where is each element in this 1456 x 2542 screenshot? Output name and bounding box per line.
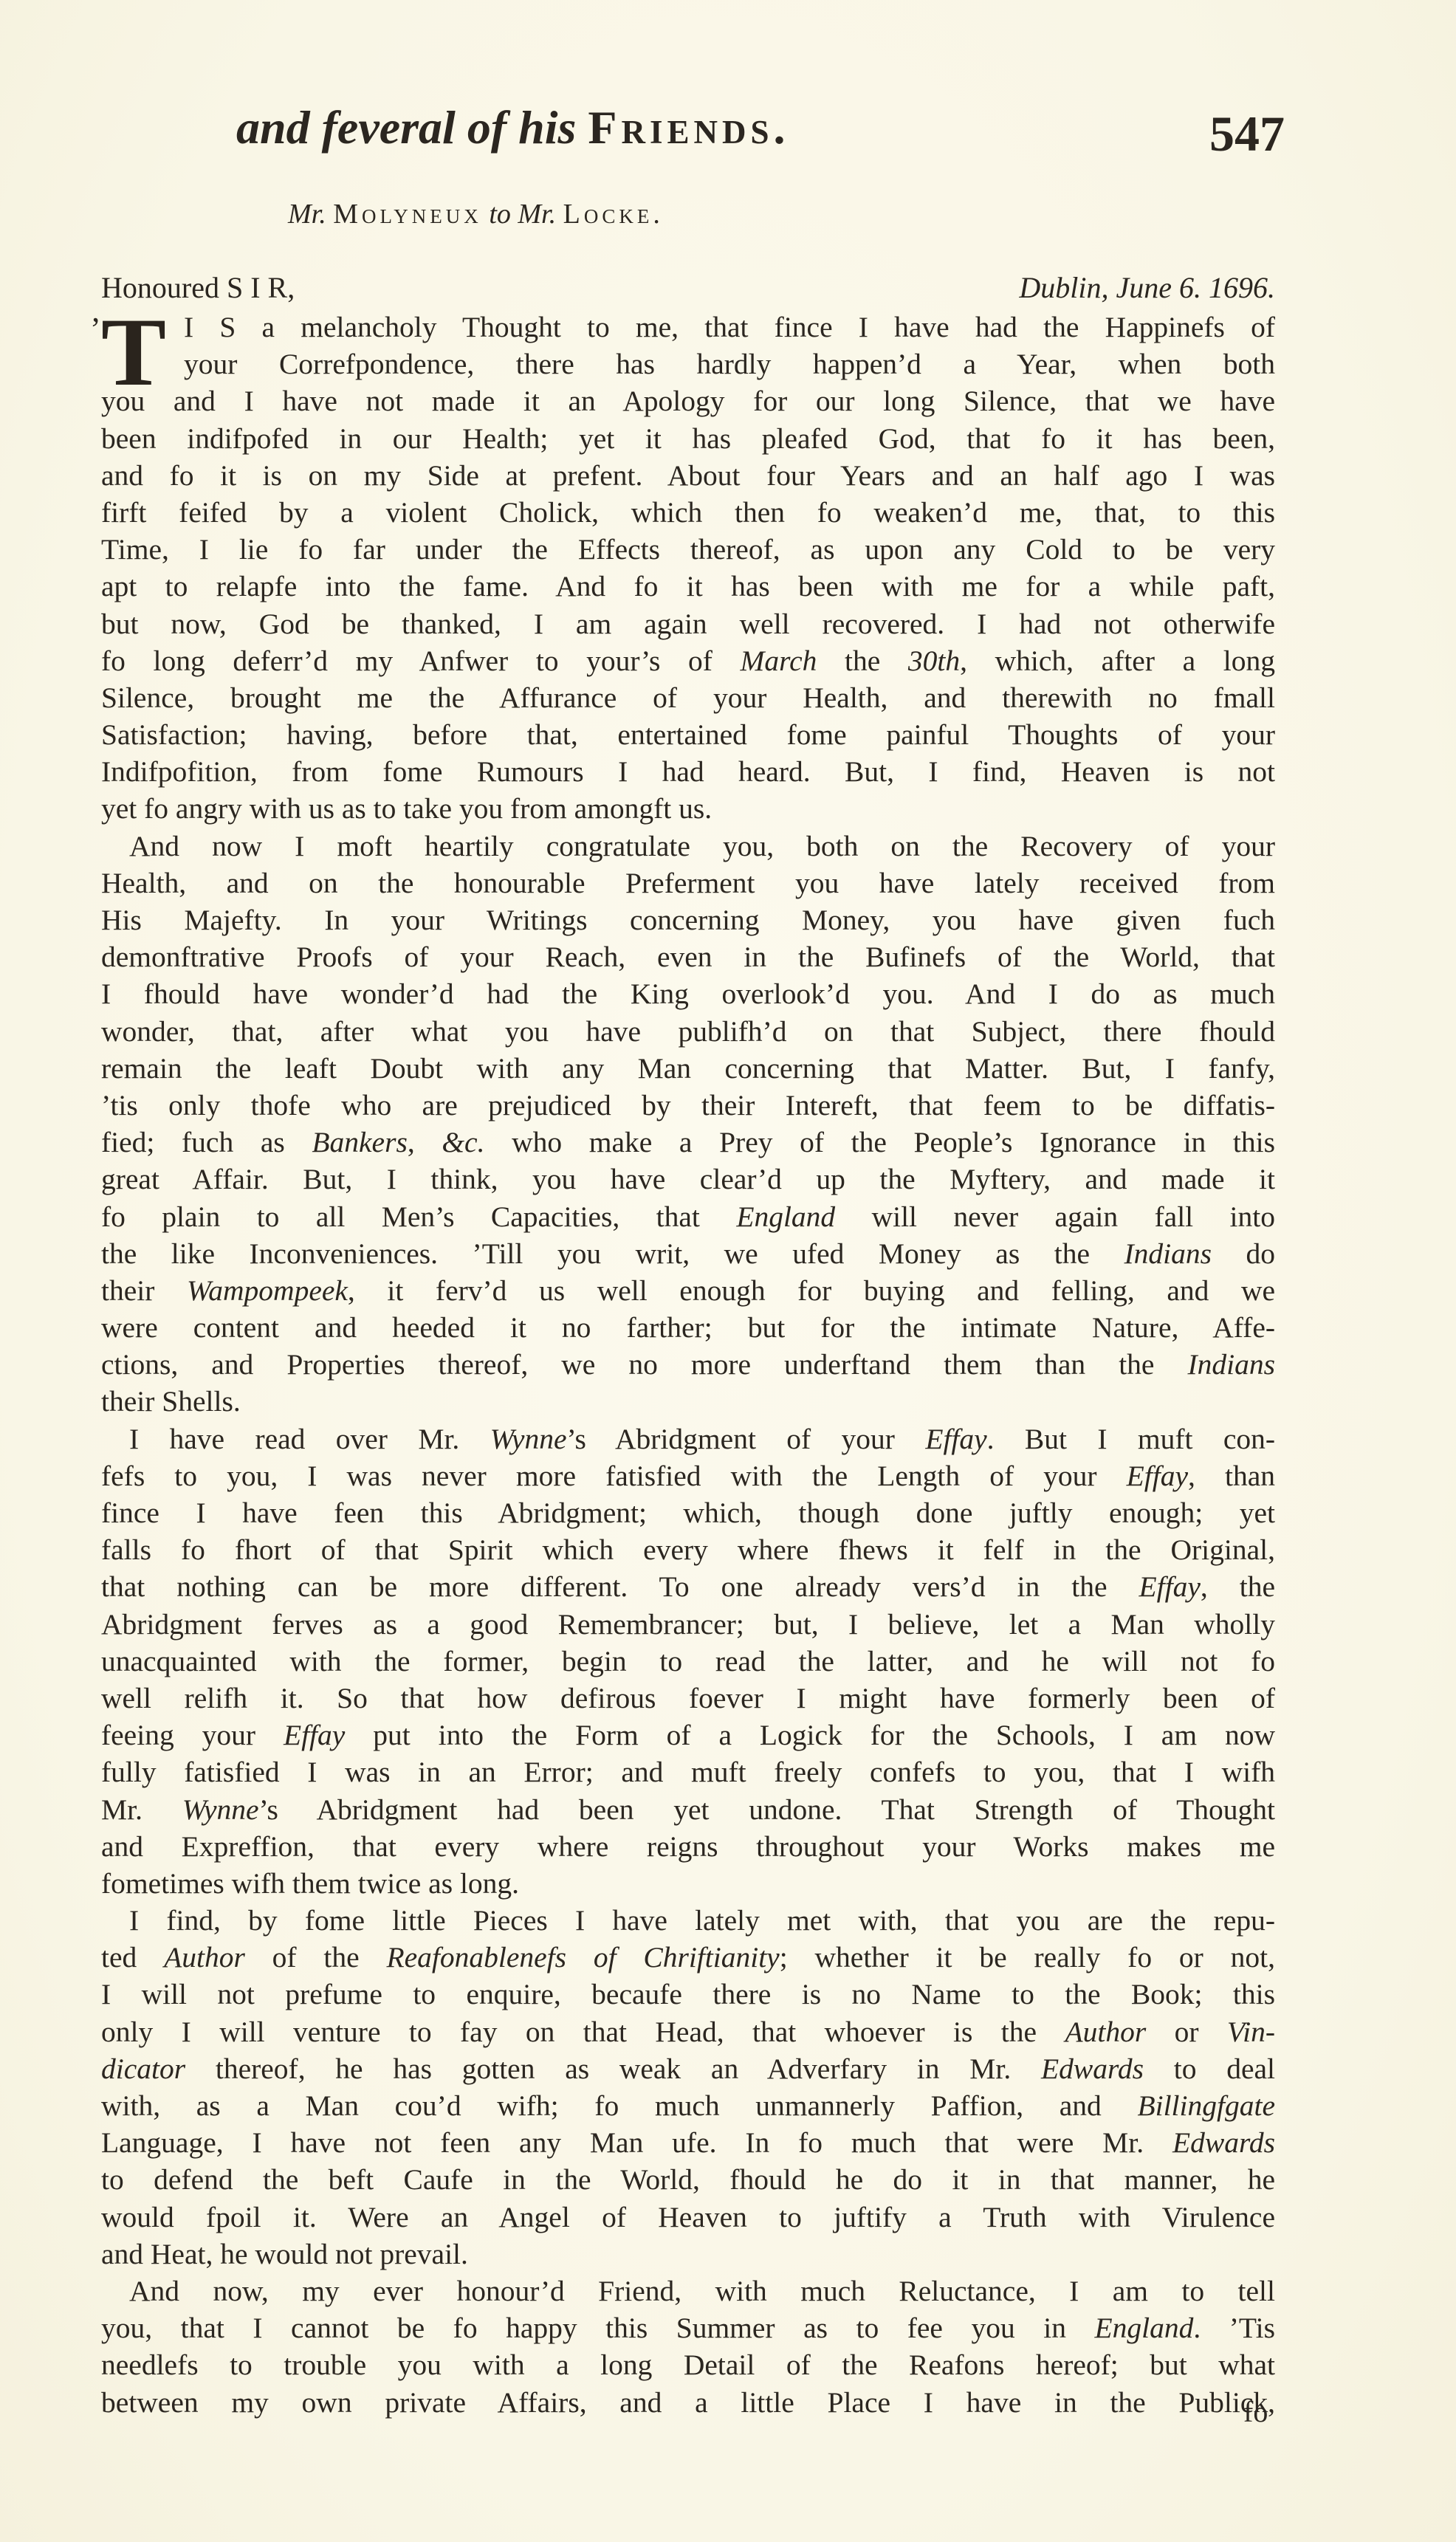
text-line: I will not prefume to enquire, becaufe t… — [101, 1976, 1275, 2013]
catchword: fo — [1243, 2394, 1268, 2431]
text-line: Indifpofition, from fome Rumours I had h… — [101, 753, 1275, 790]
letter-heading: Mr. Molyneux to Mr. Locke. — [288, 193, 664, 235]
text-line: to defend the beft Caufe in the World, f… — [101, 2161, 1275, 2198]
text-line: wonder, that, after what you have publif… — [101, 1013, 1275, 1050]
text-line: apt to relapfe into the fame. And fo it … — [101, 568, 1275, 605]
italic-term: Wynne — [182, 1793, 259, 1826]
text-line: been indifpofed in our Health; yet it ha… — [101, 420, 1275, 457]
text-line: and fo it is on my Side at prefent. Abou… — [101, 457, 1275, 494]
italic-term: dicator — [101, 2053, 185, 2085]
text-line: with, as a Man cou’d wifh; fo much unman… — [101, 2087, 1275, 2124]
text-line: dicator thereof, he has gotten as weak a… — [101, 2050, 1275, 2087]
text-line: would fpoil it. Were an Angel of Heaven … — [101, 2199, 1275, 2236]
text-line: Language, I have not feen any Man ufe. I… — [101, 2124, 1275, 2161]
italic-term: March — [741, 645, 817, 677]
text-line: Time, I lie fo far under the Effects the… — [101, 531, 1275, 568]
text-line: falls fo fhort of that Spirit which ever… — [101, 1531, 1275, 1568]
page-number: 547 — [1209, 100, 1285, 167]
text-line: I fhould have wonder’d had the King over… — [101, 975, 1275, 1012]
text-line: and Expreffion, that every where reigns … — [101, 1828, 1275, 1865]
text-line: ’tis only thofe who are prejudiced by th… — [101, 1087, 1275, 1124]
text-line: well relifh it. So that how defirous foe… — [101, 1680, 1275, 1717]
to-word: to — [489, 199, 511, 230]
text-line: demonftrative Proofs of your Reach, even… — [101, 938, 1275, 975]
italic-term: Effay — [1139, 1570, 1201, 1603]
text-line: Satisfaction; having, before that, enter… — [101, 716, 1275, 753]
text-line: ted Author of the Reafonablenefs of Chri… — [101, 1939, 1275, 1976]
text-line: only I will venture to fay on that Head,… — [101, 2013, 1275, 2050]
text-line: between my own private Affairs, and a li… — [101, 2384, 1275, 2421]
text-line: Health, and on the honourable Preferment… — [101, 865, 1275, 901]
text-line: but now, God be thanked, I am again well… — [101, 605, 1275, 642]
italic-term: Indians — [1188, 1348, 1276, 1381]
to-name: Locke. — [563, 199, 664, 230]
text-line: His Majefty. In your Writings concerning… — [101, 901, 1275, 938]
text-line: yet fo angry with us as to take you from… — [101, 790, 1275, 827]
text-line: were content and heeded it no farther; b… — [101, 1309, 1275, 1346]
italic-term: Wampompeek — [187, 1274, 348, 1307]
italic-term: Wynne — [490, 1423, 567, 1455]
text-line: fully fatisfied I was in an Error; and m… — [101, 1753, 1275, 1790]
text-line: fo plain to all Men’s Capacities, that E… — [101, 1198, 1275, 1235]
from-prefix: Mr. — [288, 199, 326, 230]
italic-term: England — [736, 1200, 835, 1233]
running-head-title: and feveral of his Friends. — [236, 95, 790, 161]
italic-term: Vin- — [1227, 2016, 1275, 2048]
salutation-row: Honoured S I R, Dublin, June 6. 1696. — [101, 267, 1275, 309]
text-line: their Shells. — [101, 1383, 1275, 1420]
text-line: you, that I cannot be fo happy this Summ… — [101, 2309, 1275, 2346]
text-line: Mr. Wynne’s Abridgment had been yet undo… — [101, 1791, 1275, 1828]
text-line: ctions, and Properties thereof, we no mo… — [101, 1346, 1275, 1383]
italic-term: Billingfgate — [1137, 2089, 1275, 2122]
text-line: Abridgment ferves as a good Remembrancer… — [101, 1606, 1275, 1643]
text-line: And now, my ever honour’d Friend, with m… — [101, 2273, 1275, 2309]
letter-body: I S a melancholy Thought to me, that fin… — [101, 309, 1275, 2421]
text-line: I find, by fome little Pieces I have lat… — [101, 1902, 1275, 1939]
running-head-smallcaps: Friends. — [588, 101, 789, 154]
running-head: and feveral of his Friends. 547 — [236, 95, 1285, 161]
running-head-italic: and feveral of his — [236, 101, 576, 154]
text-line: the like Inconveniences. ’Till you writ,… — [101, 1235, 1275, 1272]
italic-term: Effay — [284, 1719, 345, 1751]
italic-term: Effay — [1127, 1460, 1188, 1492]
italic-term: England — [1095, 2312, 1194, 2344]
italic-term: Edwards — [1172, 2126, 1275, 2159]
dateline: Dublin, June 6. 1696. — [1019, 267, 1275, 309]
italic-term: Effay — [925, 1423, 986, 1455]
text-line: I have read over Mr. Wynne’s Abridgment … — [101, 1421, 1275, 1457]
book-page: and feveral of his Friends. 547 Mr. Moly… — [0, 0, 1456, 2542]
text-line: I S a melancholy Thought to me, that fin… — [101, 309, 1275, 346]
text-line: fefs to you, I was never more fatisfied … — [101, 1457, 1275, 1494]
text-line: fince I have feen this Abridgment; which… — [101, 1494, 1275, 1531]
text-line: fo long deferr’d my Anfwer to your’s of … — [101, 642, 1275, 679]
italic-term: Author — [164, 1941, 245, 1974]
text-line: And now I moft heartily congratulate you… — [101, 828, 1275, 865]
text-line: you and I have not made it an Apology fo… — [101, 382, 1275, 419]
italic-term: Author — [1065, 2016, 1146, 2048]
text-line: fied; fuch as Bankers, &c. who make a Pr… — [101, 1124, 1275, 1161]
text-line: needlefs to trouble you with a long Deta… — [101, 2346, 1275, 2383]
drop-cap-apostrophe: ’ — [90, 310, 101, 348]
text-line: great Affair. But, I think, you have cle… — [101, 1161, 1275, 1198]
italic-term: Indians — [1124, 1237, 1212, 1270]
text-line: remain the leaft Doubt with any Man conc… — [101, 1050, 1275, 1087]
text-line: feeing your Effay put into the Form of a… — [101, 1717, 1275, 1753]
from-name: Molyneux — [333, 199, 482, 230]
text-line: and Heat, he would not prevail. — [101, 2236, 1275, 2273]
text-line: firft feifed by a violent Cholick, which… — [101, 494, 1275, 531]
italic-term: &c. — [442, 1126, 484, 1158]
italic-term: Edwards — [1041, 2053, 1144, 2085]
text-line: unacquainted with the former, begin to r… — [101, 1643, 1275, 1680]
text-line: their Wampompeek, it ferv’d us well enou… — [101, 1272, 1275, 1309]
text-line: Silence, brought me the Affurance of you… — [101, 679, 1275, 716]
text-line: that nothing can be more different. To o… — [101, 1568, 1275, 1605]
text-line: fometimes wifh them twice as long. — [101, 1865, 1275, 1902]
to-prefix: Mr. — [518, 199, 556, 230]
italic-term: Bankers — [312, 1126, 407, 1158]
italic-term: 30th — [908, 645, 960, 677]
text-line: your Correfpondence, there has hardly ha… — [101, 346, 1275, 382]
italic-term: Reafonablenefs of Chriftianity — [386, 1941, 779, 1974]
